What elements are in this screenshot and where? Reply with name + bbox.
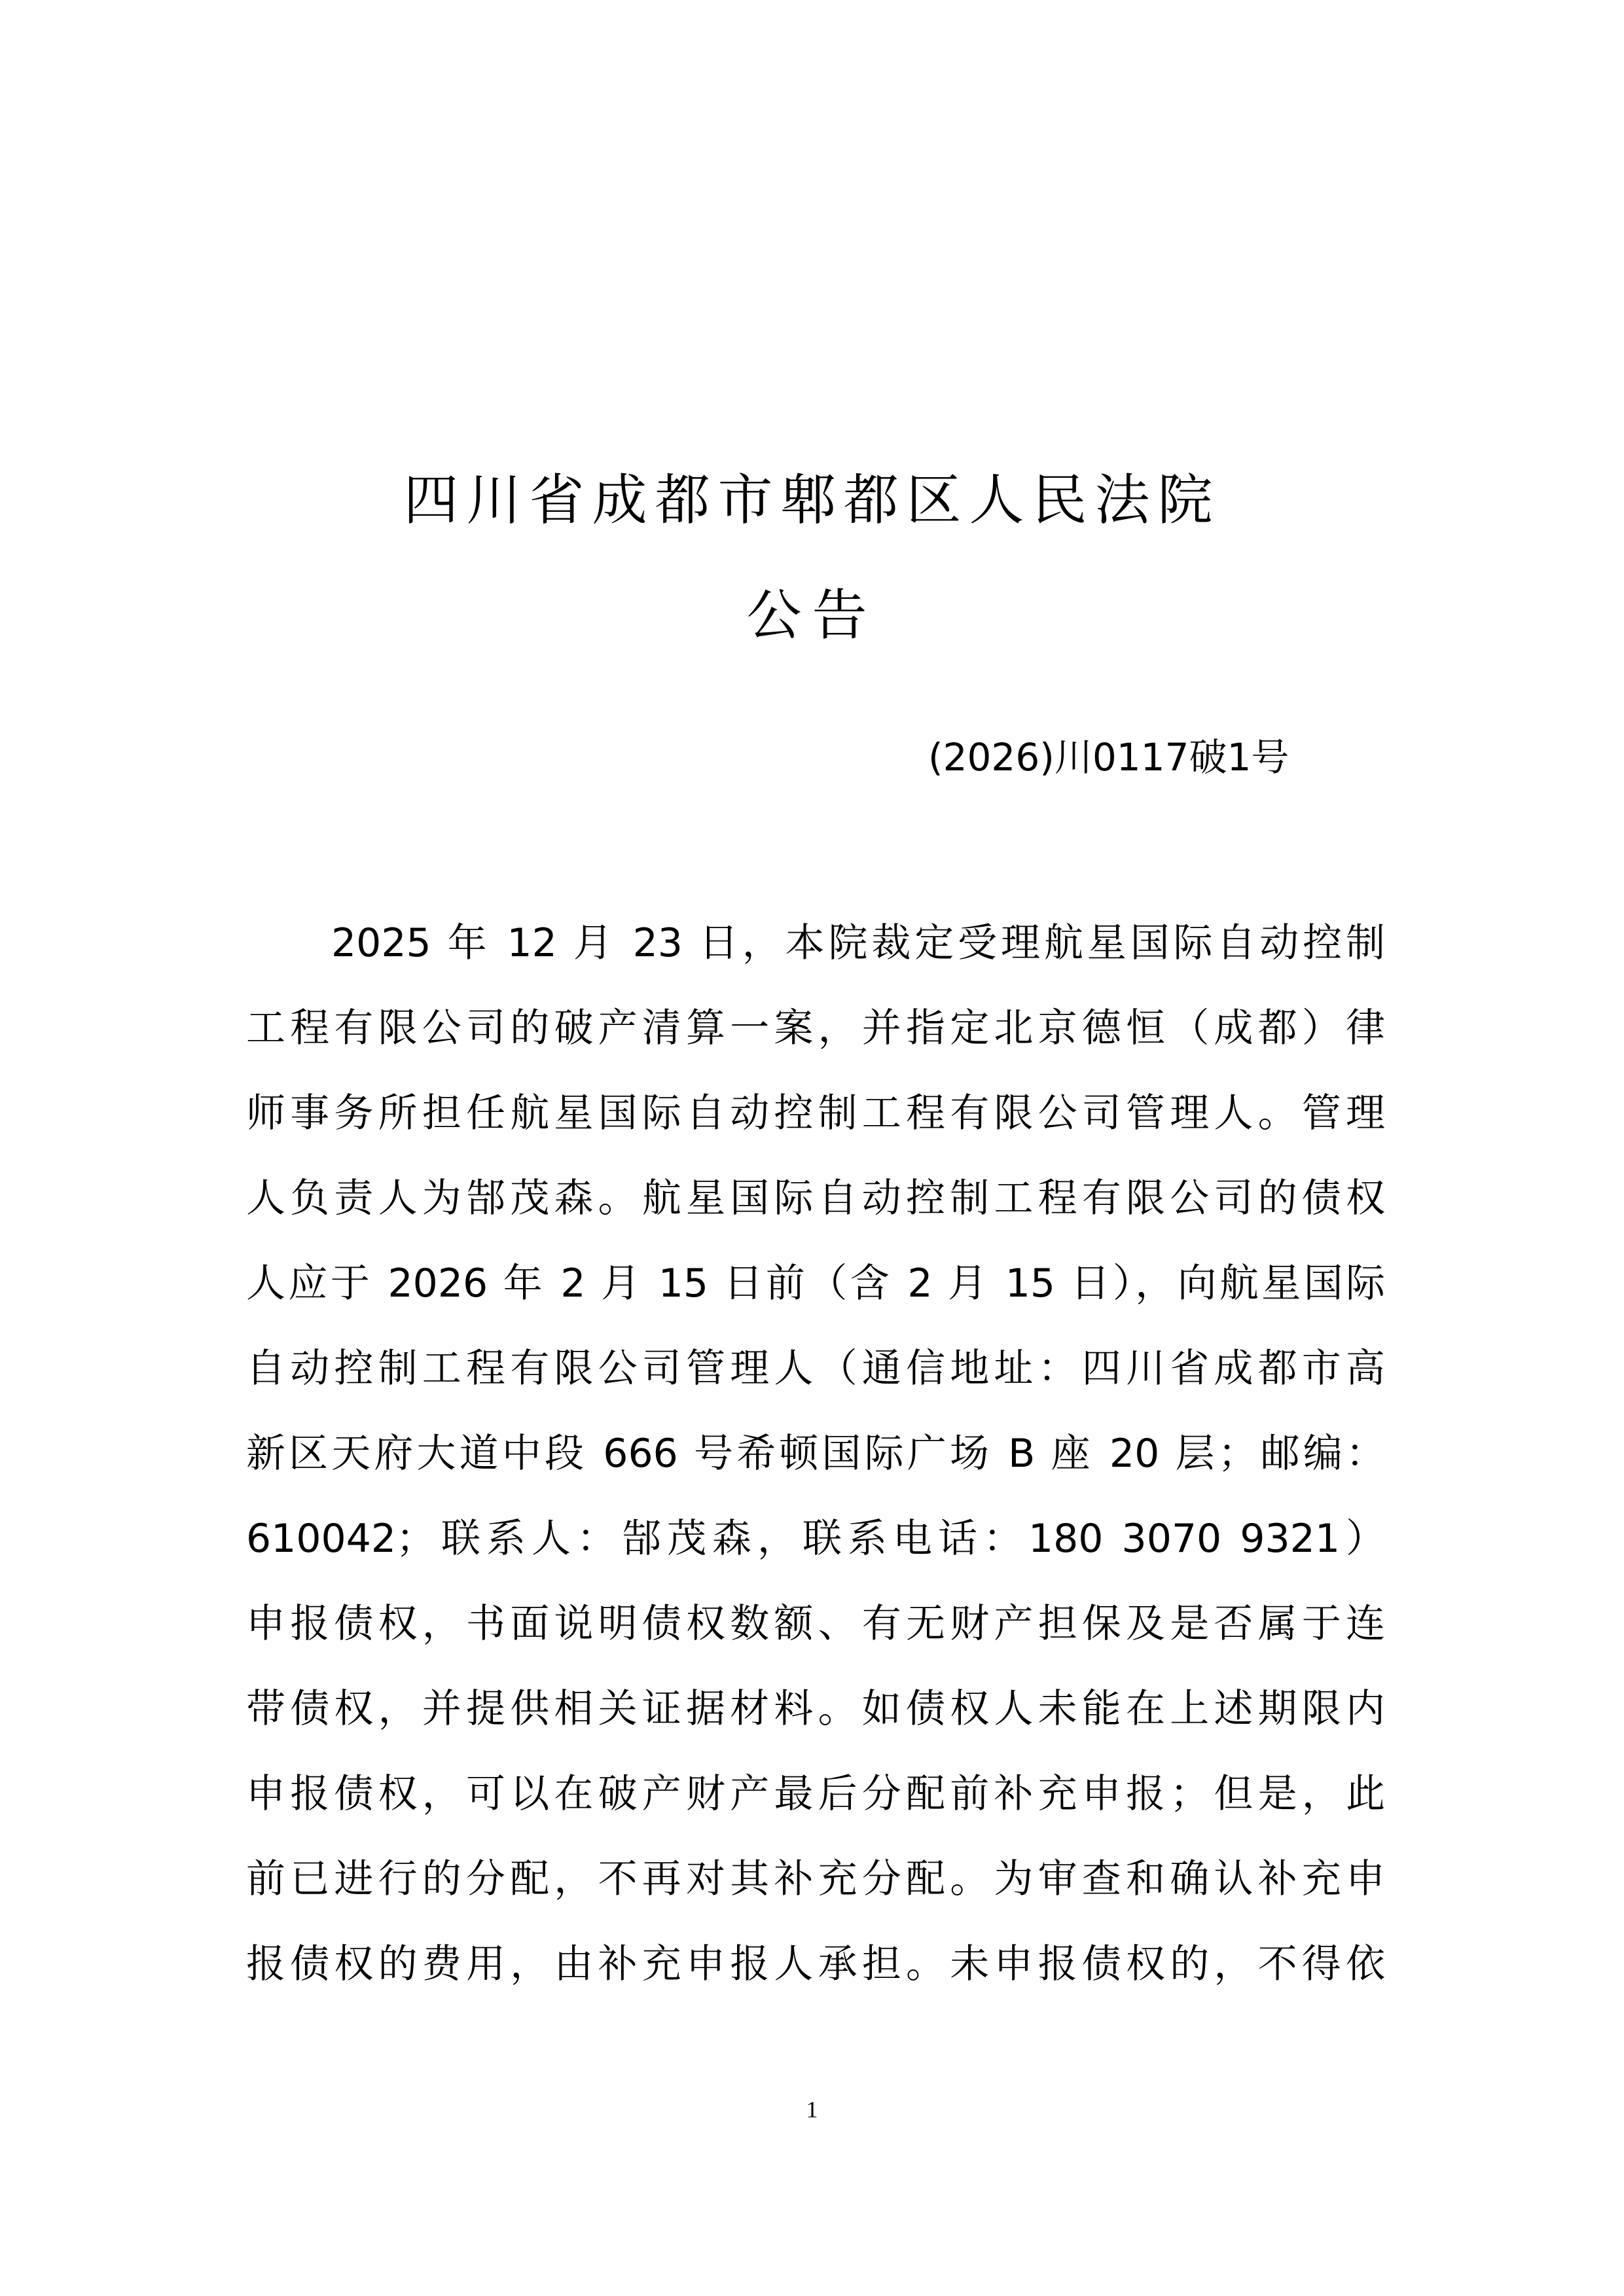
body-line: 自动控制工程有限公司管理人（通信地址：四川省成都市高: [246, 1326, 1385, 1411]
body-line: 报债权的费用，由补充申报人承担。未申报债权的，不得依: [246, 1922, 1385, 2007]
body-line: 人负责人为郜茂森。航星国际自动控制工程有限公司的债权: [246, 1156, 1385, 1241]
body-line: 新区天府大道中段 666 号希顿国际广场 B 座 20 层；邮编：: [246, 1411, 1385, 1496]
case-number: (2026)川0117破1号: [928, 738, 1289, 776]
body-line: 申报债权，可以在破产财产最后分配前补充申报；但是，此: [246, 1751, 1385, 1837]
notice-title: 公告: [0, 588, 1624, 643]
body-line: 人应于 2026 年 2 月 15 日前（含 2 月 15 日），向航星国际: [246, 1241, 1385, 1326]
body-line: 工程有限公司的破产清算一案，并指定北京德恒（成都）律: [246, 986, 1385, 1071]
body-line: 前已进行的分配，不再对其补充分配。为审查和确认补充申: [246, 1837, 1385, 1922]
page-number: 1: [0, 2098, 1624, 2121]
body-line: 申报债权，书面说明债权数额、有无财产担保及是否属于连: [246, 1581, 1385, 1666]
body-line: 带债权，并提供相关证据材料。如债权人未能在上述期限内: [246, 1666, 1385, 1751]
body-line: 师事务所担任航星国际自动控制工程有限公司管理人。管理: [246, 1071, 1385, 1156]
court-name-heading: 四川省成都市郫都区人民法院: [0, 473, 1624, 528]
notice-body: 2025 年 12 月 23 日，本院裁定受理航星国际自动控制 工程有限公司的破…: [246, 901, 1385, 2007]
body-line: 2025 年 12 月 23 日，本院裁定受理航星国际自动控制: [246, 901, 1385, 986]
body-line: 610042；联系人：郜茂森，联系电话：180 3070 9321）: [246, 1496, 1385, 1581]
document-page: 四川省成都市郫都区人民法院 公告 (2026)川0117破1号 2025 年 1…: [0, 0, 1624, 2296]
